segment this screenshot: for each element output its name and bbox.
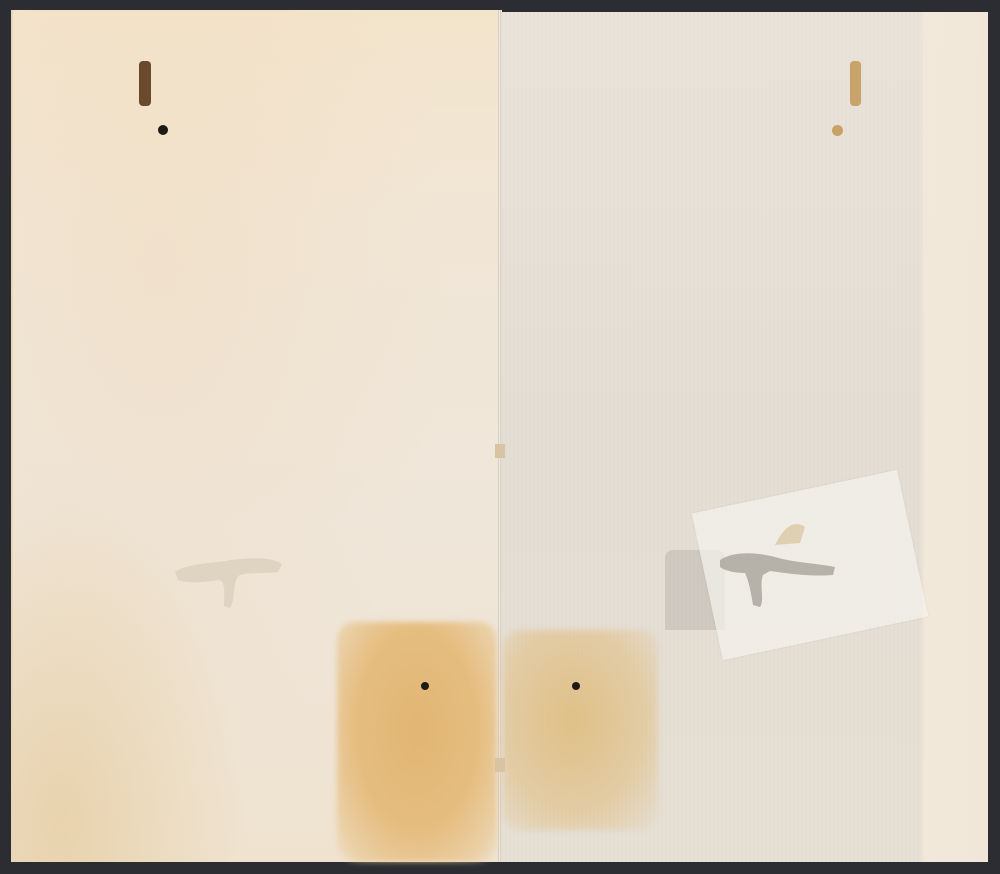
book-gutter <box>498 10 501 862</box>
water-stain-right <box>503 630 658 830</box>
binding-thread-bottom <box>495 758 505 772</box>
right-page-label: right page <box>501 12 502 13</box>
wormhole-right-top <box>832 125 843 136</box>
wormhole-right-bottom <box>572 682 580 690</box>
wormhole-left-top <box>158 125 168 135</box>
left-page-label: left page <box>13 10 14 11</box>
wormhole-left-bottom <box>421 682 429 690</box>
wormhole-slot-right <box>850 61 861 106</box>
wormhole-slot-left <box>139 61 151 106</box>
repair-mark-right <box>715 515 855 615</box>
repair-mark-left <box>170 550 290 615</box>
water-stain-left <box>337 622 497 862</box>
book-spread: left page right page <box>0 0 1000 874</box>
binding-thread-middle <box>495 444 505 458</box>
